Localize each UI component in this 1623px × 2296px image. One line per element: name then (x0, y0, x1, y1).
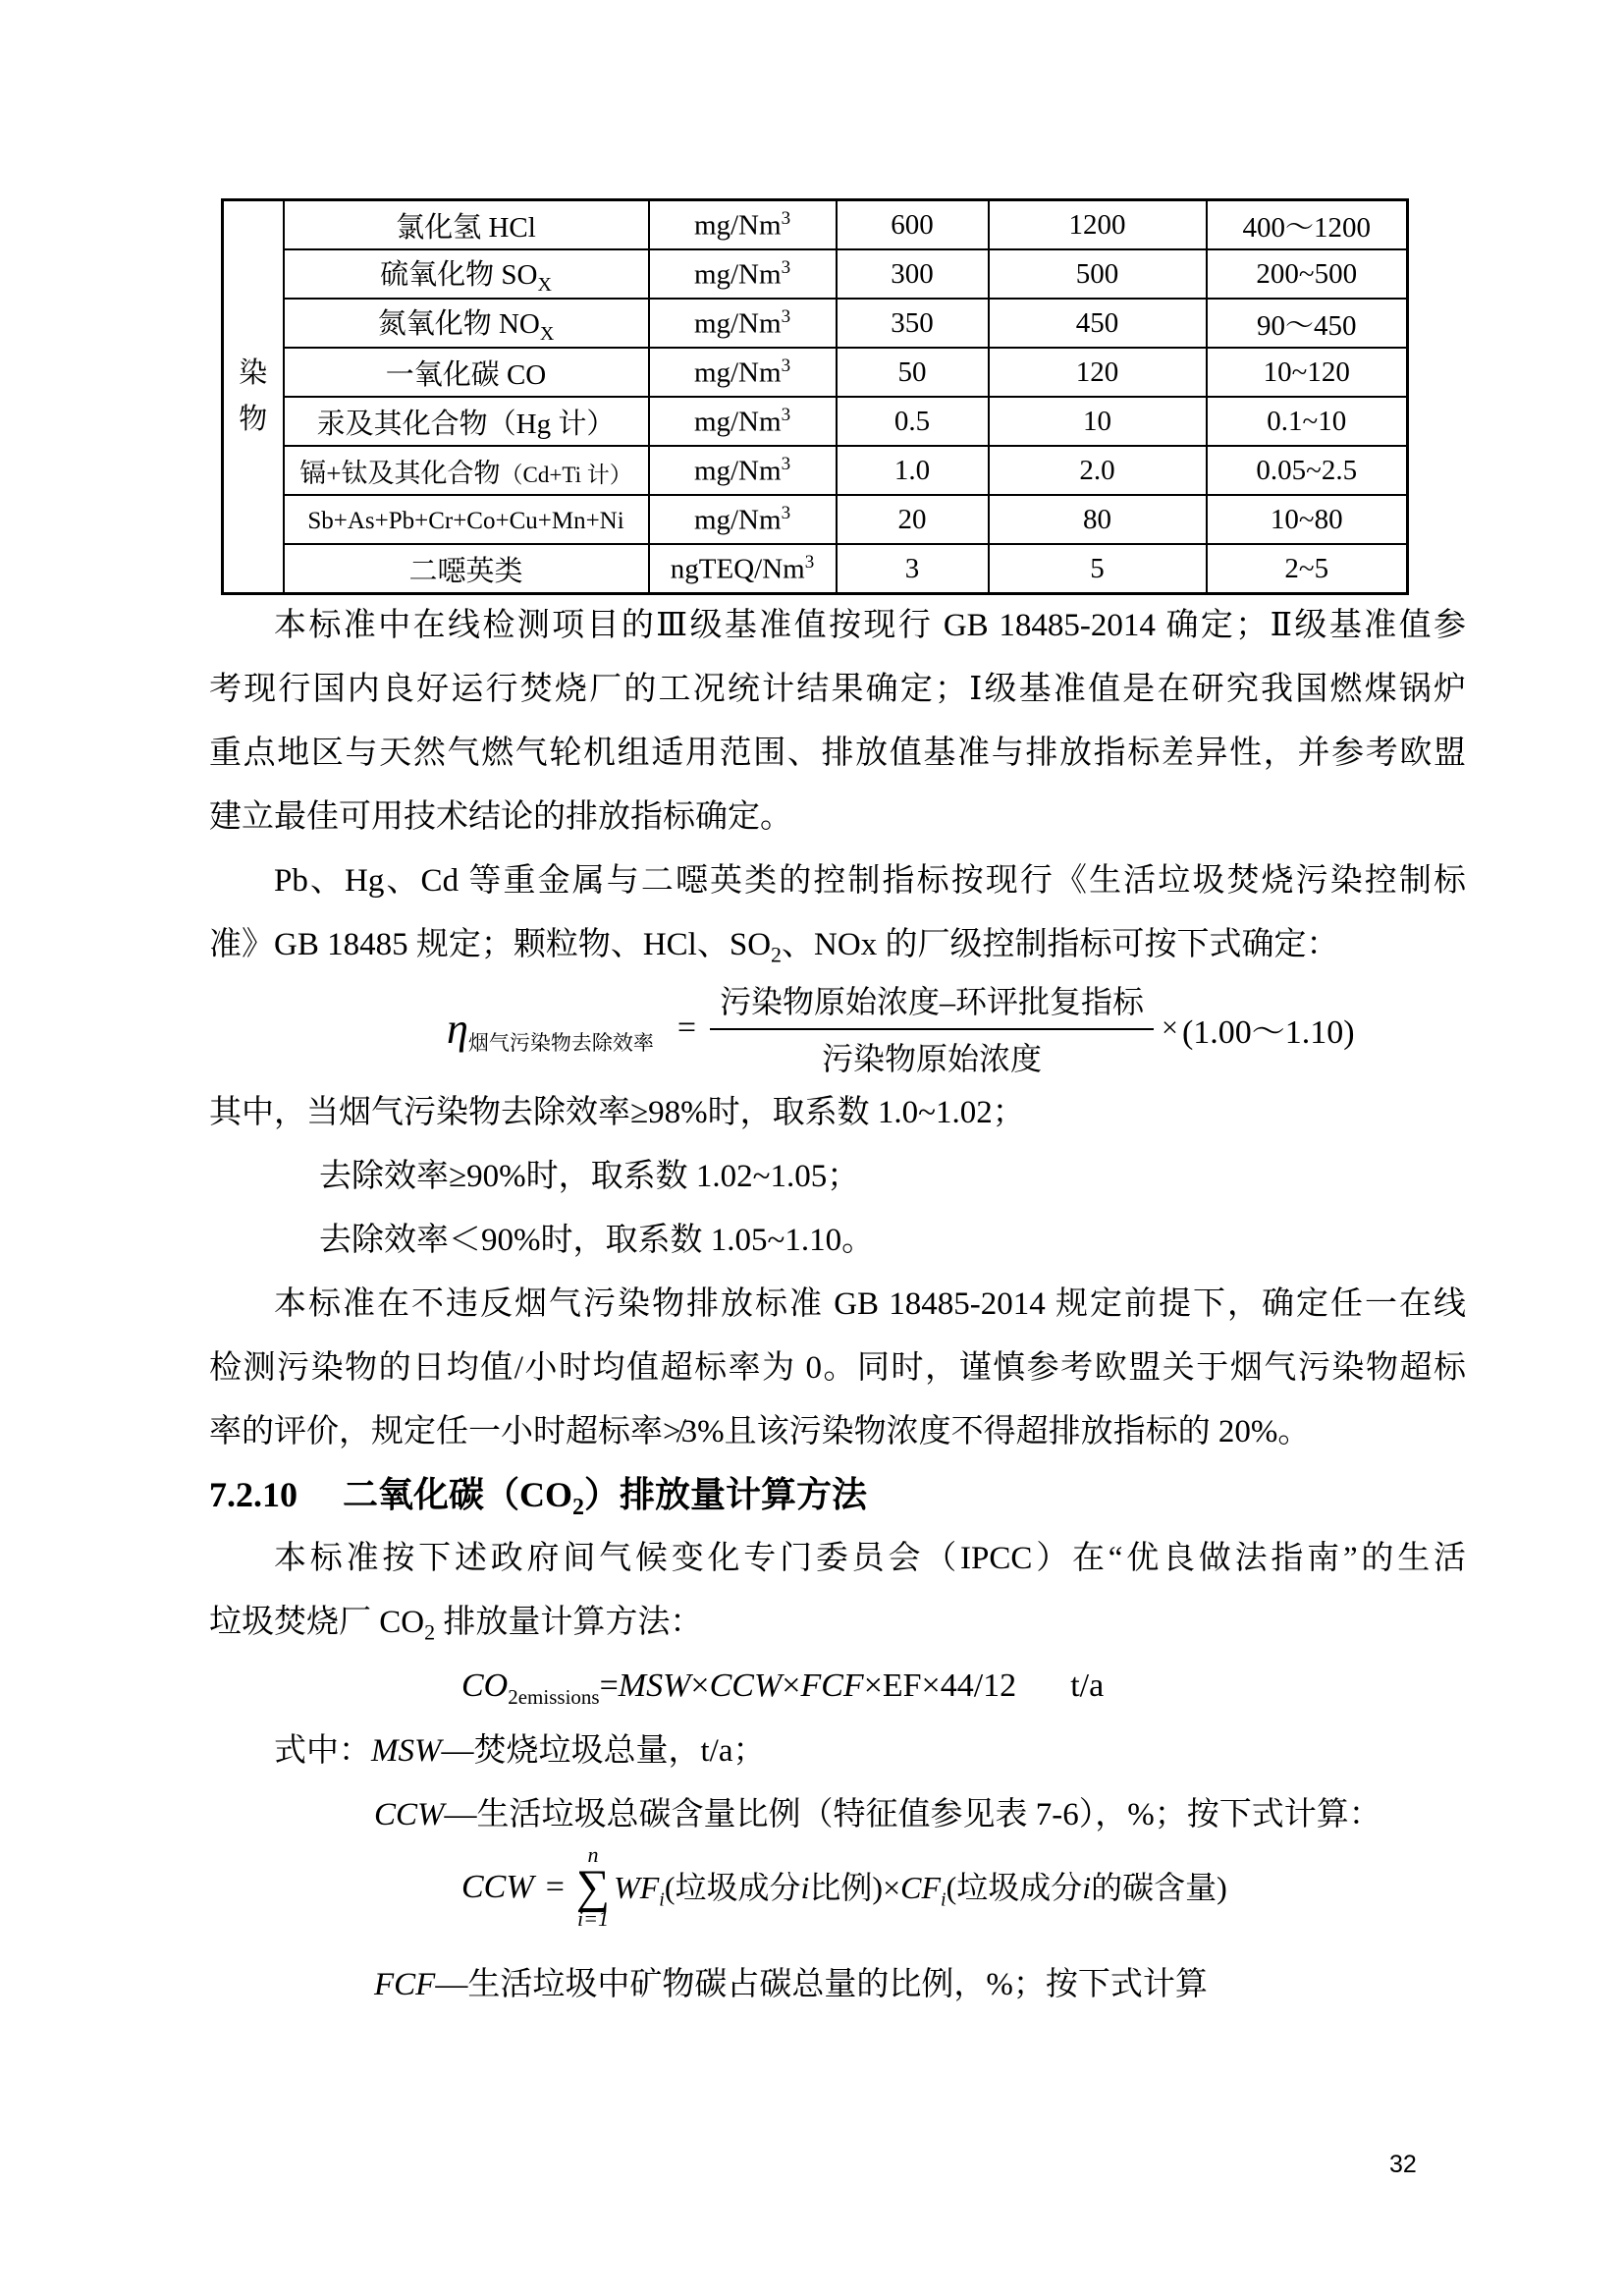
table-row: 氮氧化物 NOX mg/Nm3 350 450 90～450 (223, 299, 1408, 348)
paragraph-line: 其中，当烟气污染物去除效率≥98%时，取系数 1.0~1.02； (209, 1092, 1466, 1133)
ccw-var: CCW (461, 1869, 534, 1906)
table-row: 镉+钛及其化合物（Cd+Ti 计） mg/Nm3 1.0 2.0 0.05~2.… (223, 446, 1408, 495)
level3-cell: 600 (837, 200, 989, 250)
table-row: 汞及其化合物（Hg 计） mg/Nm3 0.5 10 0.1~10 (223, 397, 1408, 446)
paragraph-line: 准》GB 18485 规定；颗粒物、HCl、SO2、NOx 的厂级控制指标可按下… (209, 924, 1466, 976)
fraction-denominator: 污染物原始浓度 (710, 1030, 1154, 1079)
paragraph-line: 式中：MSW—焚烧垃圾总量，t/a； (274, 1730, 765, 1772)
side-label-char: 物 (224, 397, 283, 443)
pollutant-name-cell: 硫氧化物 SOX (284, 249, 649, 299)
range-cell: 0.1~10 (1207, 397, 1408, 446)
side-label-char: 染 (224, 351, 283, 397)
unit-cell: mg/Nm3 (649, 446, 837, 495)
formula-unit: t/a (1070, 1667, 1104, 1704)
paragraph-line: 考现行国内良好运行焚烧厂的工况统计结果确定；Ⅰ级基准值是在研究我国燃煤锅炉 (209, 669, 1466, 710)
level2-cell: 1200 (989, 200, 1207, 250)
level2-cell: 10 (989, 397, 1207, 446)
range-cell: 10~120 (1207, 348, 1408, 397)
paragraph-line: 去除效率＜90%时，取系数 1.05~1.10。 (319, 1220, 874, 1261)
range-cell: 90～450 (1207, 299, 1408, 348)
sigma-stack: n ∑ i=1 (576, 1844, 610, 1930)
level3-cell: 300 (837, 249, 989, 299)
table-row: Sb+As+Pb+Cr+Co+Cu+Mn+Ni mg/Nm3 20 80 10~… (223, 495, 1408, 544)
level3-cell: 350 (837, 299, 989, 348)
paragraph-line: 检测污染物的日均值/小时均值超标率为 0。同时，谨慎参考欧盟关于烟气污染物超标 (209, 1347, 1466, 1389)
unit-cell: mg/Nm3 (649, 397, 837, 446)
factor-range: (1.00～1.10) (1182, 1005, 1355, 1053)
range-cell: 400～1200 (1207, 200, 1408, 250)
fraction-numerator: 污染物原始浓度–环评批复指标 (710, 977, 1154, 1030)
level2-cell: 500 (989, 249, 1207, 299)
table-row: 一氧化碳 CO mg/Nm3 50 120 10~120 (223, 348, 1408, 397)
paragraph-line: 本标准中在线检测项目的Ⅲ级基准值按现行 GB 18485-2014 确定；Ⅱ级基… (209, 605, 1466, 646)
paragraph-line: 率的评价，规定任一小时超标率≯3%且该污染物浓度不得超排放指标的 20%。 (209, 1411, 1466, 1452)
range-cell: 2~5 (1207, 544, 1408, 594)
level3-cell: 3 (837, 544, 989, 594)
equals-sign: = (677, 1010, 696, 1047)
fcf-var: FCF (374, 1967, 435, 2002)
removal-efficiency-formula: η 烟气污染物去除效率 = 污染物原始浓度–环评批复指标 污染物原始浓度 × (… (447, 977, 1355, 1079)
unit-cell: mg/Nm3 (649, 495, 837, 544)
paragraph-line: 垃圾焚烧厂 CO2 排放量计算方法： (209, 1602, 1466, 1654)
pollutant-name-cell: 氮氧化物 NOX (284, 299, 649, 348)
range-cell: 0.05~2.5 (1207, 446, 1408, 495)
sum-lower-limit: i=1 (577, 1908, 609, 1930)
unit-cell: mg/Nm3 (649, 249, 837, 299)
eta-symbol: η (447, 1004, 468, 1054)
paragraph-line: Pb、Hg、Cd 等重金属与二噁英类的控制指标按现行《生活垃圾焚烧污染控制标 (209, 860, 1466, 902)
co2-emissions-formula: CO2emissions=MSW×CCW×FCF×EF×44/12t/a (461, 1667, 1104, 1710)
unit-cell: mg/Nm3 (649, 200, 837, 250)
pollutant-name-cell: 镉+钛及其化合物（Cd+Ti 计） (284, 446, 649, 495)
document-page: 染 物 氯化氢 HCl mg/Nm3 600 1200 400～1200 硫氧化… (0, 0, 1623, 2296)
table-row: 硫氧化物 SOX mg/Nm3 300 500 200~500 (223, 249, 1408, 299)
pollutant-name-cell: 汞及其化合物（Hg 计） (284, 397, 649, 446)
pollutant-name-cell: 二噁英类 (284, 544, 649, 594)
pollutant-name-cell: 氯化氢 HCl (284, 200, 649, 250)
unit-cell: mg/Nm3 (649, 348, 837, 397)
range-cell: 200~500 (1207, 249, 1408, 299)
multiply-sign: × (1162, 1011, 1178, 1045)
level2-cell: 5 (989, 544, 1207, 594)
paragraph-line: FCF—生活垃圾中矿物碳占碳总量的比例，%；按下式计算 (374, 1964, 1208, 2005)
unit-cell: mg/Nm3 (649, 299, 837, 348)
ccw-var: CCW (710, 1667, 783, 1704)
ccw-var: CCW (374, 1797, 445, 1832)
fraction: 污染物原始浓度–环评批复指标 污染物原始浓度 (710, 977, 1154, 1079)
paragraph-line: 重点地区与天然气燃气轮机组适用范围、排放值基准与排放指标差异性，并参考欧盟 (209, 733, 1466, 774)
pollutant-name-cell: 一氧化碳 CO (284, 348, 649, 397)
unit-cell: ngTEQ/Nm3 (649, 544, 837, 594)
pollutant-side-label: 染 物 (223, 200, 284, 594)
equals-sign: = (546, 1869, 565, 1906)
section-heading: 7.2.10二氧化碳（CO2）排放量计算方法 (209, 1467, 867, 1521)
pollutant-name-cell: Sb+As+Pb+Cr+Co+Cu+Mn+Ni (284, 495, 649, 544)
co2-symbol: CO (461, 1667, 508, 1704)
paragraph-line: 本标准在不违反烟气污染物排放标准 GB 18485-2014 规定前提下，确定任… (209, 1284, 1466, 1325)
subscript: 2 (424, 1620, 435, 1645)
fcf-var: FCF (800, 1667, 863, 1704)
sigma-symbol: ∑ (576, 1866, 610, 1908)
table-row: 染 物 氯化氢 HCl mg/Nm3 600 1200 400～1200 (223, 200, 1408, 250)
range-cell: 10~80 (1207, 495, 1408, 544)
summation-term: WFi(垃圾成分i比例)×CFi(垃圾成分i的碳含量) (614, 1863, 1227, 1911)
level2-cell: 2.0 (989, 446, 1207, 495)
msw-var: MSW (619, 1667, 691, 1704)
level2-cell: 120 (989, 348, 1207, 397)
ccw-summation-formula: CCW = n ∑ i=1 WFi(垃圾成分i比例)×CFi(垃圾成分i的碳含量… (461, 1844, 1227, 1930)
table-row: 二噁英类 ngTEQ/Nm3 3 5 2~5 (223, 544, 1408, 594)
subscript: 2 (771, 943, 782, 967)
paragraph-line: 本标准按下述政府间气候变化专门委员会（IPCC）在“优良做法指南”的生活 (209, 1538, 1466, 1579)
section-number: 7.2.10 (209, 1474, 298, 1515)
paragraph-line: CCW—生活垃圾总碳含量比例（特征值参见表 7-6），%；按下式计算： (374, 1794, 1381, 1835)
level2-cell: 80 (989, 495, 1207, 544)
level2-cell: 450 (989, 299, 1207, 348)
level3-cell: 50 (837, 348, 989, 397)
level3-cell: 20 (837, 495, 989, 544)
paragraph-line: 去除效率≥90%时，取系数 1.02~1.05； (319, 1156, 859, 1197)
eta-subscript: 烟气污染物去除效率 (468, 1027, 654, 1057)
subscript: 2 (572, 1495, 584, 1520)
paragraph-line: 建立最佳可用技术结论的排放指标确定。 (209, 796, 1466, 838)
level3-cell: 0.5 (837, 397, 989, 446)
level3-cell: 1.0 (837, 446, 989, 495)
co2-subscript: 2emissions (508, 1685, 599, 1709)
emission-limits-table: 染 物 氯化氢 HCl mg/Nm3 600 1200 400～1200 硫氧化… (221, 198, 1409, 595)
page-number: 32 (1389, 2151, 1417, 2179)
msw-var: MSW (371, 1733, 441, 1769)
